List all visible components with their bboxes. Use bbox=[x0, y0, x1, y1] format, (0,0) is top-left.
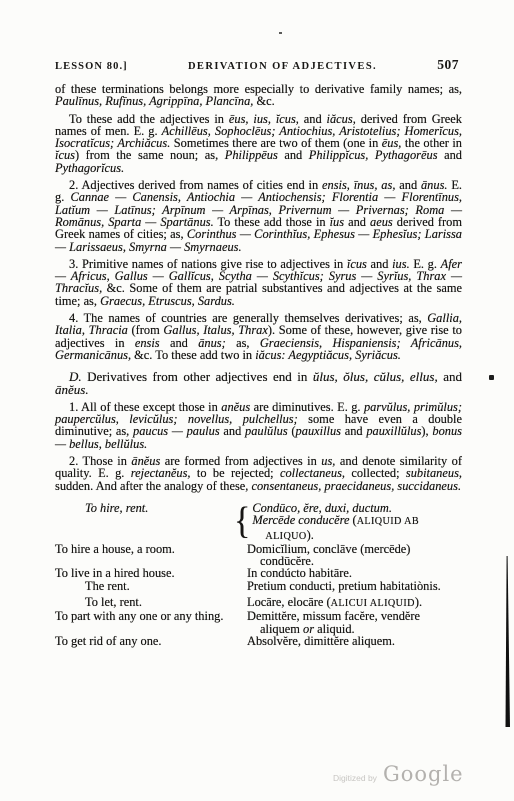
paragraph: 2. Adjectives derived from names of citi… bbox=[55, 174, 462, 253]
scan-speck bbox=[279, 32, 282, 34]
vocabulary-table: To hire, rent. { Condūco, ĕre, duxi, duc… bbox=[55, 502, 462, 647]
brace-glyph: { bbox=[234, 503, 250, 541]
vocab-latin-line: Mercēde conducĕre (ALIQUID AB ALIQUO). bbox=[252, 514, 462, 543]
page-number: 507 bbox=[437, 57, 459, 73]
vocab-latin: { Condūco, ĕre, duxi, ductum. Mercēde co… bbox=[247, 502, 462, 543]
section-d-heading: D. Derivatives from other adjectives end… bbox=[55, 361, 462, 396]
paragraph: 4. The names of countries are generally … bbox=[55, 307, 462, 361]
paragraph: 1. All of these except those in anĕus ar… bbox=[55, 396, 462, 450]
vocab-english: To part with any one or any thing. bbox=[55, 610, 235, 635]
vocab-latin: Absolvĕre, dimittĕre aliquem. bbox=[247, 635, 462, 647]
scan-edge-artifact bbox=[505, 556, 510, 727]
book-page-scan: LESSON 80.] DERIVATION OF ADJECTIVES. 50… bbox=[0, 0, 514, 801]
digitized-by-google-watermark: Digitized by Google bbox=[333, 762, 464, 786]
lesson-number: LESSON 80.] bbox=[55, 61, 128, 72]
vocab-english: The rent. bbox=[85, 580, 235, 592]
vocab-latin: Demittĕre, missum facĕre, vendĕre alique… bbox=[247, 610, 462, 635]
vocab-english: To hire a house, a room. bbox=[55, 543, 235, 568]
vocab-english: To get rid of any one. bbox=[55, 635, 235, 647]
page-title: DERIVATION OF ADJECTIVES. bbox=[188, 61, 377, 72]
vocab-latin: Locāre, elocāre (ALICUI ALIQUID). bbox=[247, 596, 462, 610]
vocab-english: To let, rent. bbox=[85, 596, 235, 610]
digitized-by-label: Digitized by bbox=[333, 773, 377, 783]
paragraph: 2. Those in ānĕus are formed from adject… bbox=[55, 450, 462, 492]
vocab-latin: Pretium conducti, pretium habitatiònis. bbox=[247, 580, 462, 592]
vocab-latin: Domicĭlium, conclāve (mercēde) condūcĕre… bbox=[247, 543, 462, 568]
body-text: of these terminations belongs more espec… bbox=[55, 83, 462, 647]
vocab-english: To live in a hired house. bbox=[55, 567, 235, 579]
paragraph: 3. Primitive names of nations give rise … bbox=[55, 253, 462, 307]
paragraph: To these add the adjectives in ēus, ius,… bbox=[55, 108, 462, 174]
paragraph: of these terminations belongs more espec… bbox=[55, 83, 462, 108]
vocab-english: To hire, rent. bbox=[85, 502, 235, 543]
google-logo: Google bbox=[383, 762, 464, 786]
scan-speck bbox=[489, 375, 494, 380]
vocab-latin: In condúcto habitāre. bbox=[247, 567, 462, 579]
running-head: LESSON 80.] DERIVATION OF ADJECTIVES. 50… bbox=[55, 57, 459, 73]
